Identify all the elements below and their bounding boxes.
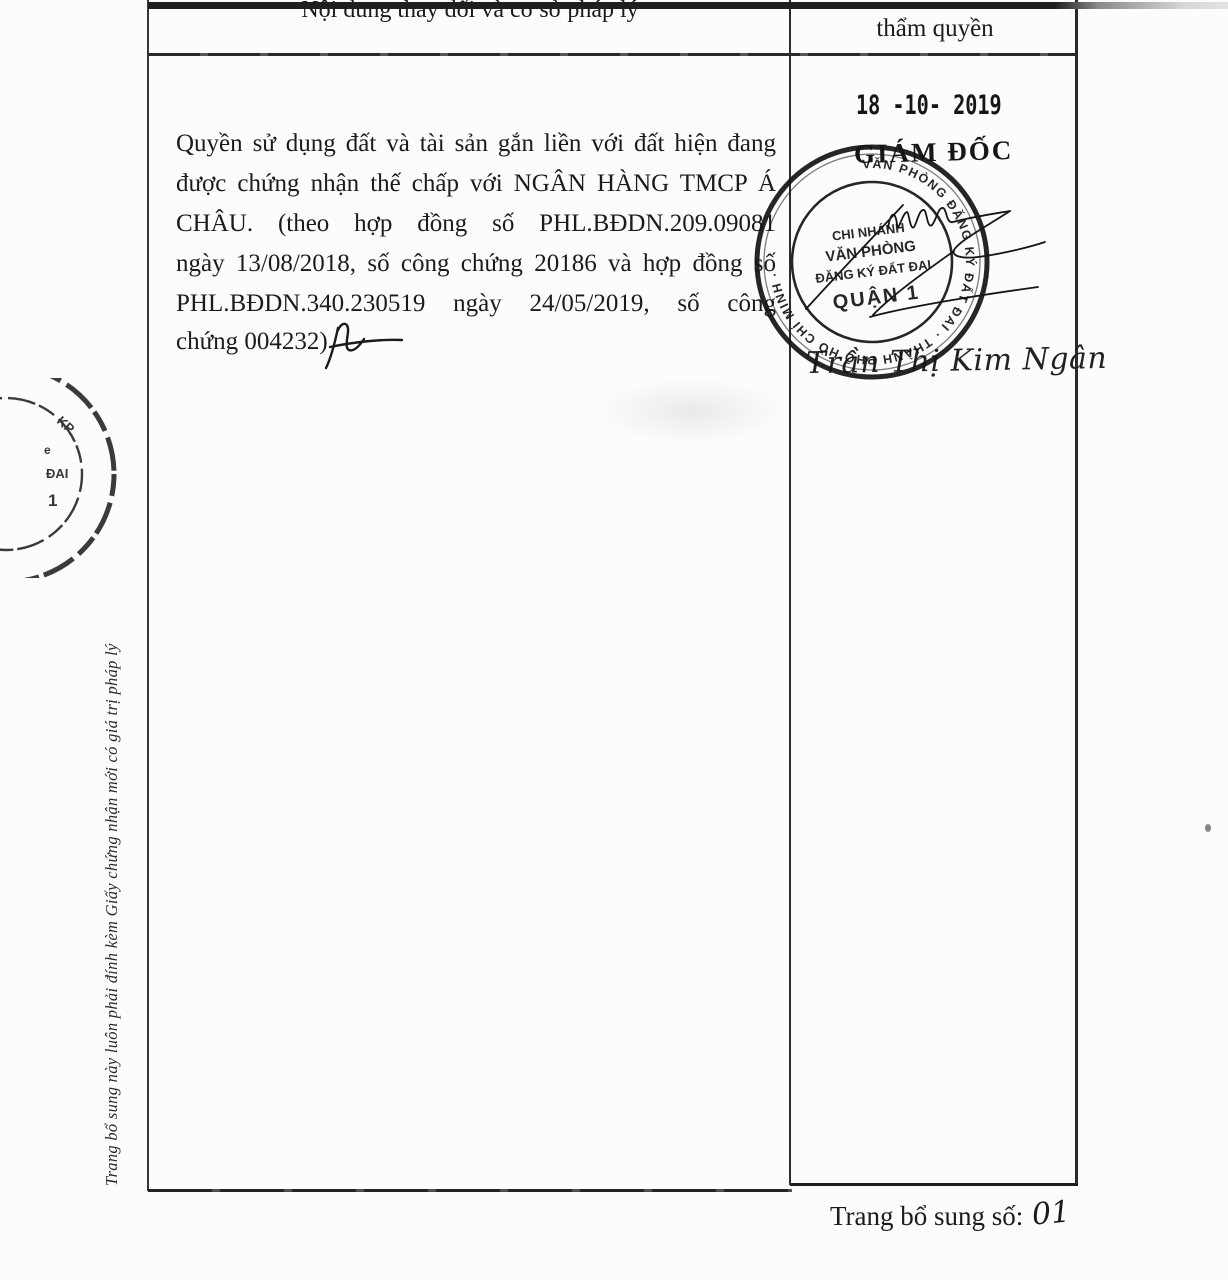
scan-speck: [1205, 824, 1211, 832]
entry-text-line: PHL.BĐDN.340.230519 ngày 24/05/2019, số …: [176, 287, 776, 321]
scanned-certificate-supplement-page: Nội dung thay đổi và cơ sở pháp lý thẩm …: [0, 0, 1228, 1280]
footer-page-label: Trang bổ sung số:: [830, 1201, 1023, 1232]
footer-page-number-handwritten: 01: [1031, 1194, 1072, 1232]
entry-text-line: CHÂU. (theo hợp đồng số PHL.BĐDN.209.090…: [176, 207, 776, 241]
table-left-border: [147, 0, 149, 1191]
left-stamp-fragment: KP: [54, 413, 78, 436]
left-stamp-fragment: e: [44, 443, 51, 457]
director-signature: [740, 125, 1100, 340]
left-stamp-fragment: 1: [48, 491, 57, 510]
entry-text-line: Quyền sử dụng đất và tài sản gắn liền vớ…: [176, 127, 776, 161]
column-header-authority: thẩm quyền: [802, 15, 1068, 43]
margin-note-vertical: Trang bổ sung này luôn phải đính kèm Giấ…: [102, 606, 136, 1186]
table-top-border: [148, 2, 1228, 9]
date-stamp: 18 -10- 2019: [856, 90, 1002, 120]
left-stamp-fragment: ĐAI: [46, 466, 68, 481]
table-bottom-border-left: [148, 1189, 792, 1192]
partial-stamp-left-edge: KP e ĐAI 1: [0, 378, 140, 578]
entry-text-line: ngày 13/08/2018, số công chứng 20186 và …: [176, 247, 776, 281]
table-bottom-border-right: [790, 1183, 1078, 1186]
table-header-separator: [148, 53, 1078, 56]
entry-text-line: được chứng nhận thế chấp với NGÂN HÀNG T…: [176, 167, 776, 201]
entry-text-line: chứng 004232): [176, 325, 776, 359]
